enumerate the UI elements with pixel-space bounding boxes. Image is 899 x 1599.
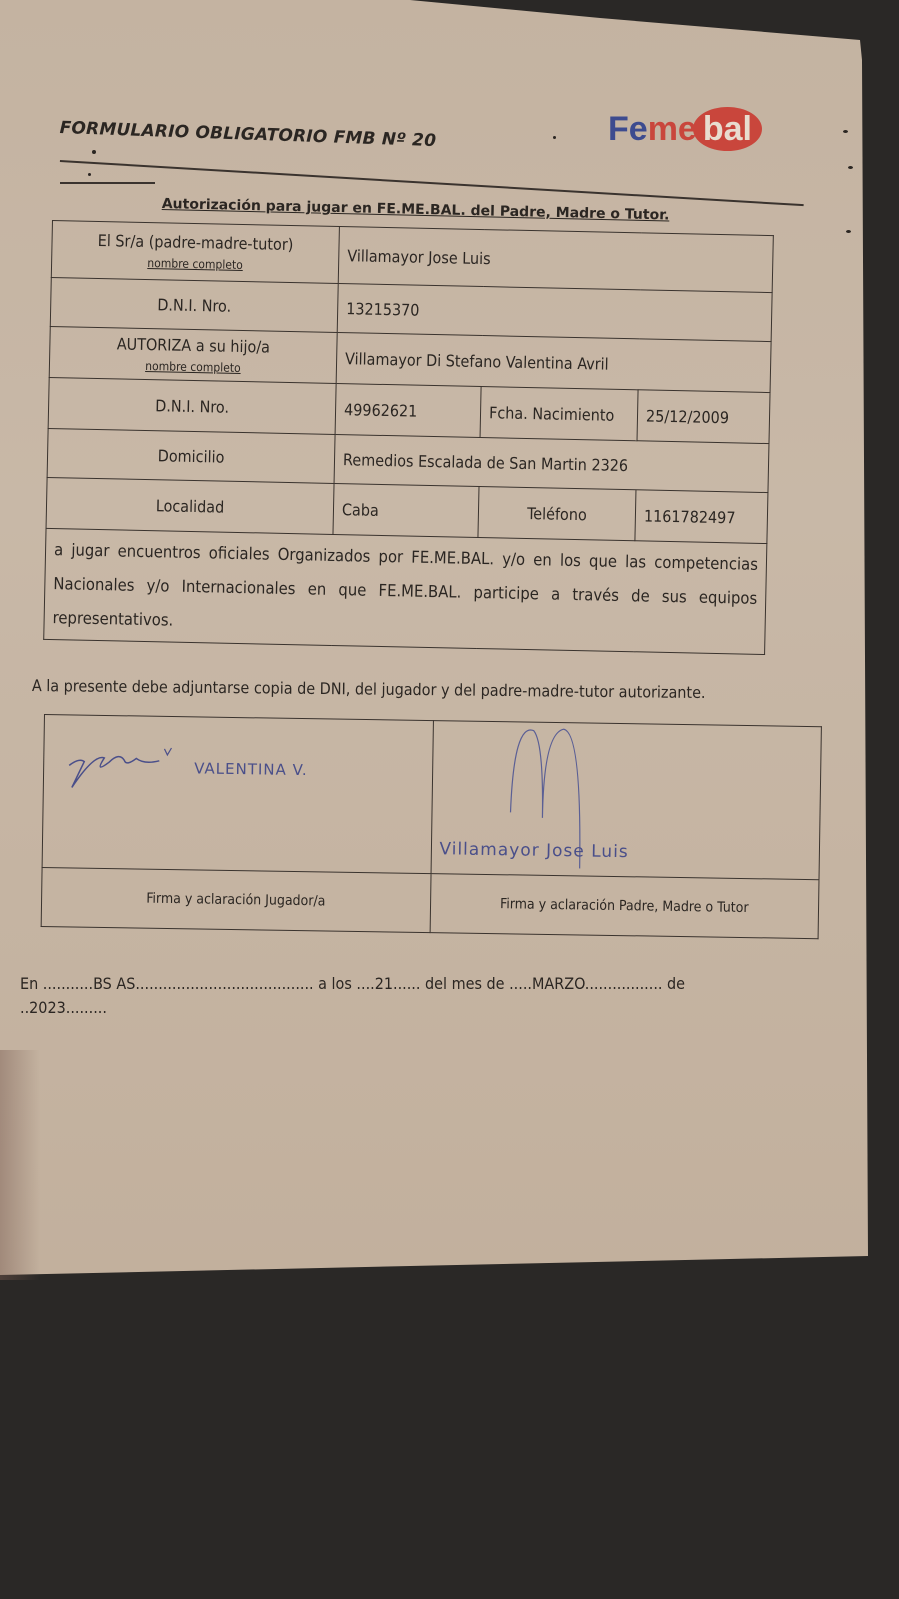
logo-ball-icon: bal [693, 107, 762, 151]
address-field[interactable]: Remedios Escalada de San Martin 2326 [334, 434, 769, 492]
place-date-line: En ...........BS AS.....................… [20, 972, 830, 1020]
authorization-clause: a jugar encuentros oficiales Organizados… [44, 528, 767, 654]
ink-dot [88, 173, 91, 176]
player-signature-scribble-icon [64, 743, 175, 795]
city-label: Localidad [46, 477, 334, 534]
form-subtitle: Autorización para jugar en FE.ME.BAL. de… [162, 196, 670, 224]
ink-dot [553, 136, 556, 139]
authorization-form: FORMULARIO OBLIGATORIO FMB Nº 20 Femebal… [0, 0, 899, 1275]
city-field[interactable]: Caba [333, 483, 479, 537]
birth-date-label: Fcha. Nacimiento [480, 387, 638, 441]
table-row: a jugar encuentros oficiales Organizados… [44, 528, 767, 654]
child-dni-field[interactable]: 49962621 [335, 383, 481, 437]
ink-dot [843, 130, 848, 133]
phone-field[interactable]: 1161782497 [635, 490, 768, 544]
child-label: AUTORIZA a su hijo/a [58, 332, 328, 360]
player-signature-caption: Firma y aclaración Jugador/a [41, 867, 430, 932]
tutor-label-cell: El Sr/a (padre-madre-tutor) nombre compl… [51, 221, 339, 284]
logo-text-me: me [648, 110, 697, 149]
child-name-field[interactable]: Villamayor Di Stefano Valentina Avril [336, 332, 771, 392]
ink-dot [92, 150, 96, 154]
tutor-dni-label: D.N.I. Nro. [50, 277, 338, 332]
short-rule [60, 182, 155, 184]
player-handwritten-name: VALENTINA V. [194, 759, 308, 779]
place-date-text: En ...........BS AS.....................… [20, 972, 830, 996]
phone-label: Teléfono [478, 487, 636, 541]
signature-table: VALENTINA V. Villamayor Jose Luis Firma … [41, 714, 824, 939]
table-row: Firma y aclaración Jugador/a Firma y acl… [41, 867, 819, 938]
address-label: Domicilio [47, 428, 335, 483]
tutor-label: El Sr/a (padre-madre-tutor) [60, 229, 330, 257]
tutor-signature-box[interactable]: Villamayor Jose Luis [431, 721, 822, 880]
child-sublabel: nombre completo [58, 356, 328, 378]
table-row: VALENTINA V. Villamayor Jose Luis [42, 715, 821, 880]
ink-dot [848, 166, 853, 169]
form-title: FORMULARIO OBLIGATORIO FMB Nº 20 [59, 118, 436, 151]
tutor-handwritten-name: Villamayor Jose Luis [439, 839, 629, 862]
attachment-note: A la presente debe adjuntarse copia de D… [32, 676, 706, 702]
femebal-logo: Femebal [608, 104, 762, 154]
authorization-table: El Sr/a (padre-madre-tutor) nombre compl… [43, 220, 782, 655]
tutor-name-field[interactable]: Villamayor Jose Luis [338, 227, 773, 293]
tutor-dni-field[interactable]: 13215370 [337, 284, 772, 342]
logo-text-fe: Fe [608, 110, 648, 149]
player-signature-box[interactable]: VALENTINA V. [42, 715, 433, 874]
tutor-sublabel: nombre completo [60, 253, 330, 275]
birth-date-field[interactable]: 25/12/2009 [637, 390, 770, 444]
child-dni-label: D.N.I. Nro. [48, 377, 336, 434]
tutor-signature-caption: Firma y aclaración Padre, Madre o Tutor [430, 874, 819, 939]
ink-dot [846, 230, 851, 233]
child-label-cell: AUTORIZA a su hijo/a nombre completo [49, 326, 337, 383]
year-text: ..2023......... [20, 996, 830, 1020]
